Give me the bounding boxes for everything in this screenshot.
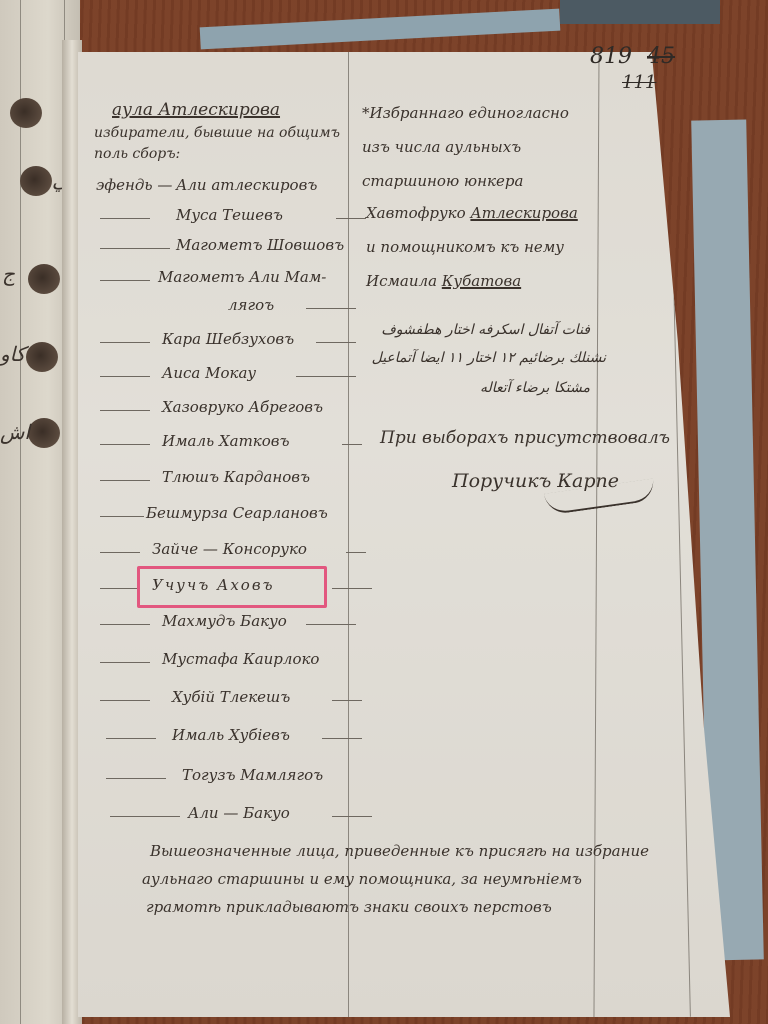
folder-sheet-corner [560,0,720,24]
column-rule [668,52,691,1017]
list-item: Магометъ Али Мам- [96,268,386,292]
entry-name: Мустафа Каирлоко [162,650,319,668]
list-item: Тогузъ Мамлягоъ [96,766,386,790]
fingerprint-mark-2 [20,166,52,196]
folio-secondary: 45 [647,44,675,69]
entry-name: Махмудъ Бакуо [162,612,287,630]
list-item: Муса Тешевъ [96,206,386,230]
entry-name: Аиса Мокау [162,364,256,382]
list-item: Ималь Хатковъ [96,432,386,456]
left-page-fragment: اش [0,420,30,444]
footer-line: грамотѣ прикладываютъ знаки своихъ перст… [146,898,552,916]
left-page-fragment: ج [2,262,15,286]
election-text-line: Исмаила Кубатова [366,272,521,290]
folio-number: 819 45 [590,44,675,69]
heading-aul: аула Атлескирова [112,100,280,120]
footer-line: Вышеозначенные лица, приведенные къ прис… [150,842,649,860]
entry-name: Тлюшъ Кардановъ [162,468,310,486]
entry-name: Али — Бакуо [188,804,290,822]
intro-line-1: избиратели, бывшие на общимъ [94,125,340,141]
left-page-fragment: كاو [0,342,25,366]
election-text-line: изъ числа аульныхъ [362,138,521,156]
list-item: Бешмурза Сеарлановъ [96,504,386,528]
column-rule [593,52,599,1017]
election-text-line: *Избраннаго единогласно [362,104,569,122]
entry-name: Хубій Тлекешъ [172,688,290,706]
folio-primary: 819 [590,44,632,69]
entry-prefix: эфендь — [96,176,172,194]
entry-name: Бешмурза Сеарлановъ [146,504,328,522]
underlined-name: Кубатова [442,272,521,290]
list-item: Али — Бакуо [96,804,386,828]
list-item: Махмудъ Бакуо [96,612,386,636]
list-item: Хазовруко Абреговъ [96,398,386,422]
entry-name: Магометъ Али Мам- [158,268,326,286]
witness-line: При выборахъ присутствовалъ [380,428,670,448]
list-item: Ималь Хубіевъ [96,726,386,750]
folio-struck: 111 [622,72,656,93]
arabic-line: مشتكا برضاء آتعاله [440,380,590,396]
arabic-line: نشنلك برضائيم ١٢ اختار ١١ ايضا آتماعيل [366,350,606,366]
underlined-name: Атлескирова [470,204,577,222]
list-item: Мустафа Каирлоко [96,650,386,674]
entry-name: Ималь Хатковъ [162,432,290,450]
list-item: Зайче — Консоруко [96,540,386,564]
fingerprint-mark-5 [28,418,60,448]
intro-line-2: поль сборъ: [94,146,180,162]
entry-name: Магометъ Шовшовъ [176,236,344,254]
entry-name: Али атлескировъ [176,176,317,194]
footer-line: аульнаго старшины и ему помощника, за не… [142,870,582,888]
list-item: Магометъ Шовшовъ [96,236,386,260]
list-item: эфендь — Али атлескировъ [96,176,386,200]
election-text-line: Хавтофруко Атлескирова [366,204,578,222]
entry-name: лягоъ [228,296,274,314]
election-text-line: и помощникомъ къ нему [366,238,564,256]
folder-sheet-top [200,9,561,50]
list-item: Аиса Мокау [96,364,386,388]
highlight-box [137,566,327,608]
entry-name: Кара Шебзуховъ [162,330,294,348]
election-text-line: старшиною юнкера [362,172,523,190]
entry-name: Муса Тешевъ [176,206,283,224]
entry-name: Зайче — Консоруко [152,540,307,558]
list-item: Кара Шебзуховъ [96,330,386,354]
list-item: лягоъ [96,296,386,320]
fingerprint-mark-4 [26,342,58,372]
entry-name: Ималь Хубіевъ [172,726,290,744]
entry-name: Хазовруко Абреговъ [162,398,323,416]
fingerprint-mark-3 [28,264,60,294]
list-item: Тлюшъ Кардановъ [96,468,386,492]
list-item: Хубій Тлекешъ [96,688,386,712]
entry-name: Тогузъ Мамлягоъ [182,766,323,784]
fingerprint-mark-1 [10,98,42,128]
arabic-line: فنات آتفال اسكرفه اختار هطفشوف [370,322,590,338]
